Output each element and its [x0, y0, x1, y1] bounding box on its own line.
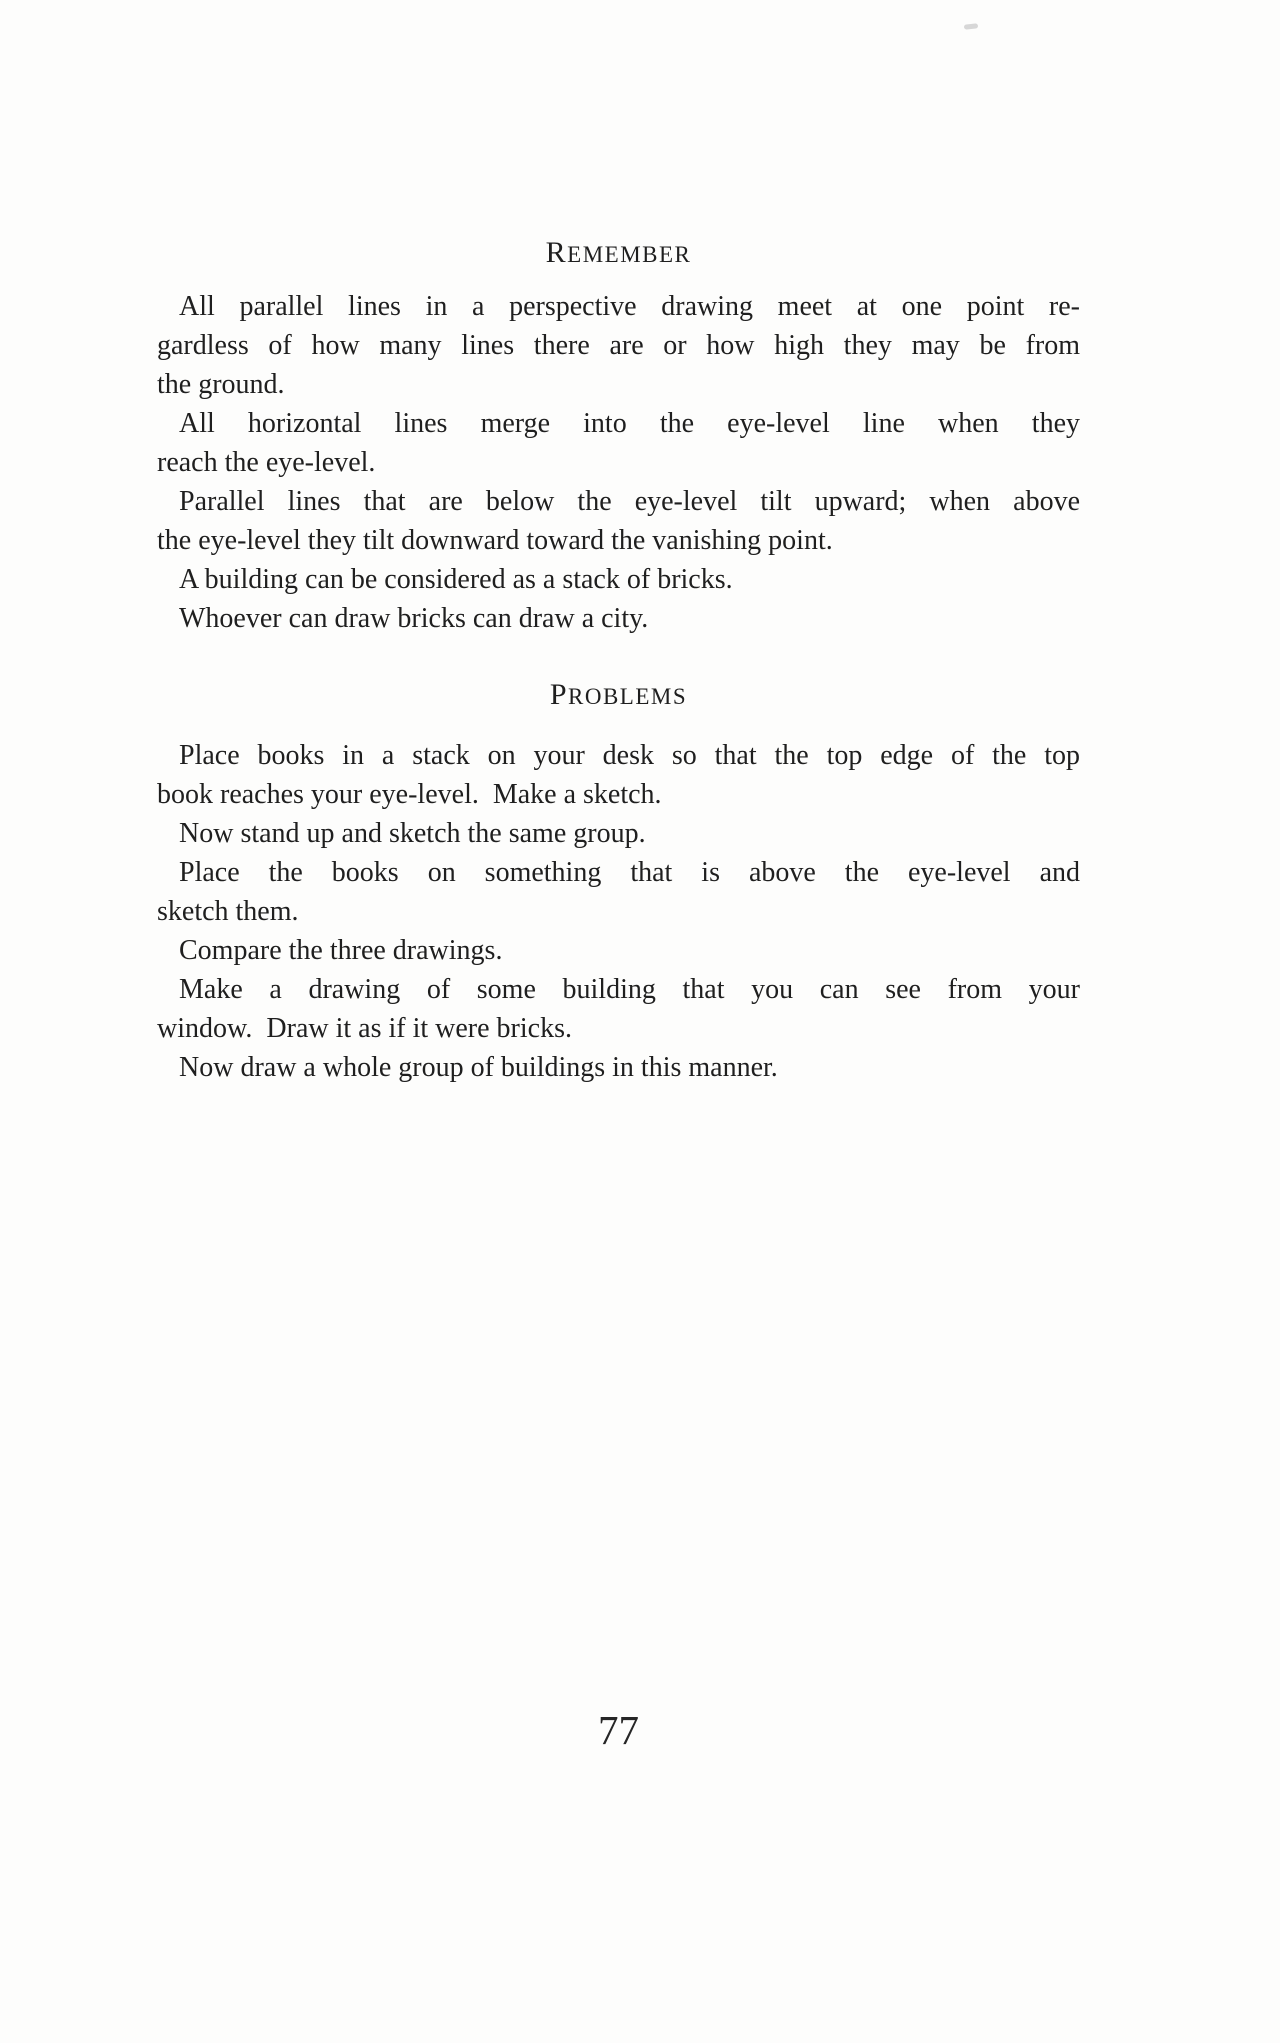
paragraph: A building can be considered as a stack …	[157, 560, 1080, 599]
page-number: 77	[157, 1706, 1080, 1754]
text-line: the ground.	[157, 365, 1080, 404]
text-line: Whoever can draw bricks can draw a city.	[157, 599, 1080, 638]
book-page: REMEMBER All parallel lines in a perspec…	[0, 0, 1280, 2043]
paragraph: Place books in a stack on your desk so t…	[157, 736, 1080, 814]
text-line: Now stand up and sketch the same group.	[157, 814, 1080, 853]
text-line: Place books in a stack on your desk so t…	[157, 736, 1080, 775]
paragraph: Compare the three drawings.	[157, 931, 1080, 970]
text-line: the eye-level they tilt downward toward …	[157, 521, 1080, 560]
text-line: Parallel lines that are below the eye-le…	[157, 482, 1080, 521]
section-heading-problems: PROBLEMS	[157, 678, 1080, 714]
paragraph: Now draw a whole group of buildings in t…	[157, 1048, 1080, 1087]
text-line: gardless of how many lines there are or …	[157, 326, 1080, 365]
paragraph: All parallel lines in a perspective draw…	[157, 287, 1080, 404]
text-line: window. Draw it as if it were bricks.	[157, 1009, 1080, 1048]
text-line: A building can be considered as a stack …	[157, 560, 1080, 599]
text-line: Now draw a whole group of buildings in t…	[157, 1048, 1080, 1087]
text-line: Compare the three drawings.	[157, 931, 1080, 970]
text-line: All horizontal lines merge into the eye-…	[157, 404, 1080, 443]
text-line: All parallel lines in a perspective draw…	[157, 287, 1080, 326]
text-line: reach the eye-level.	[157, 443, 1080, 482]
paragraph: Place the books on something that is abo…	[157, 853, 1080, 931]
text-line: Place the books on something that is abo…	[157, 853, 1080, 892]
section-body-remember: All parallel lines in a perspective draw…	[157, 287, 1080, 638]
paragraph: Whoever can draw bricks can draw a city.	[157, 599, 1080, 638]
scan-smudge-artifact	[964, 23, 978, 29]
paragraph: Parallel lines that are below the eye-le…	[157, 482, 1080, 560]
paragraph: All horizontal lines merge into the eye-…	[157, 404, 1080, 482]
text-line: book reaches your eye-level. Make a sket…	[157, 775, 1080, 814]
paragraph: Make a drawing of some building that you…	[157, 970, 1080, 1048]
section-heading-remember: REMEMBER	[157, 236, 1080, 272]
paragraph: Now stand up and sketch the same group.	[157, 814, 1080, 853]
text-line: sketch them.	[157, 892, 1080, 931]
text-line: Make a drawing of some building that you…	[157, 970, 1080, 1009]
section-body-problems: Place books in a stack on your desk so t…	[157, 736, 1080, 1087]
